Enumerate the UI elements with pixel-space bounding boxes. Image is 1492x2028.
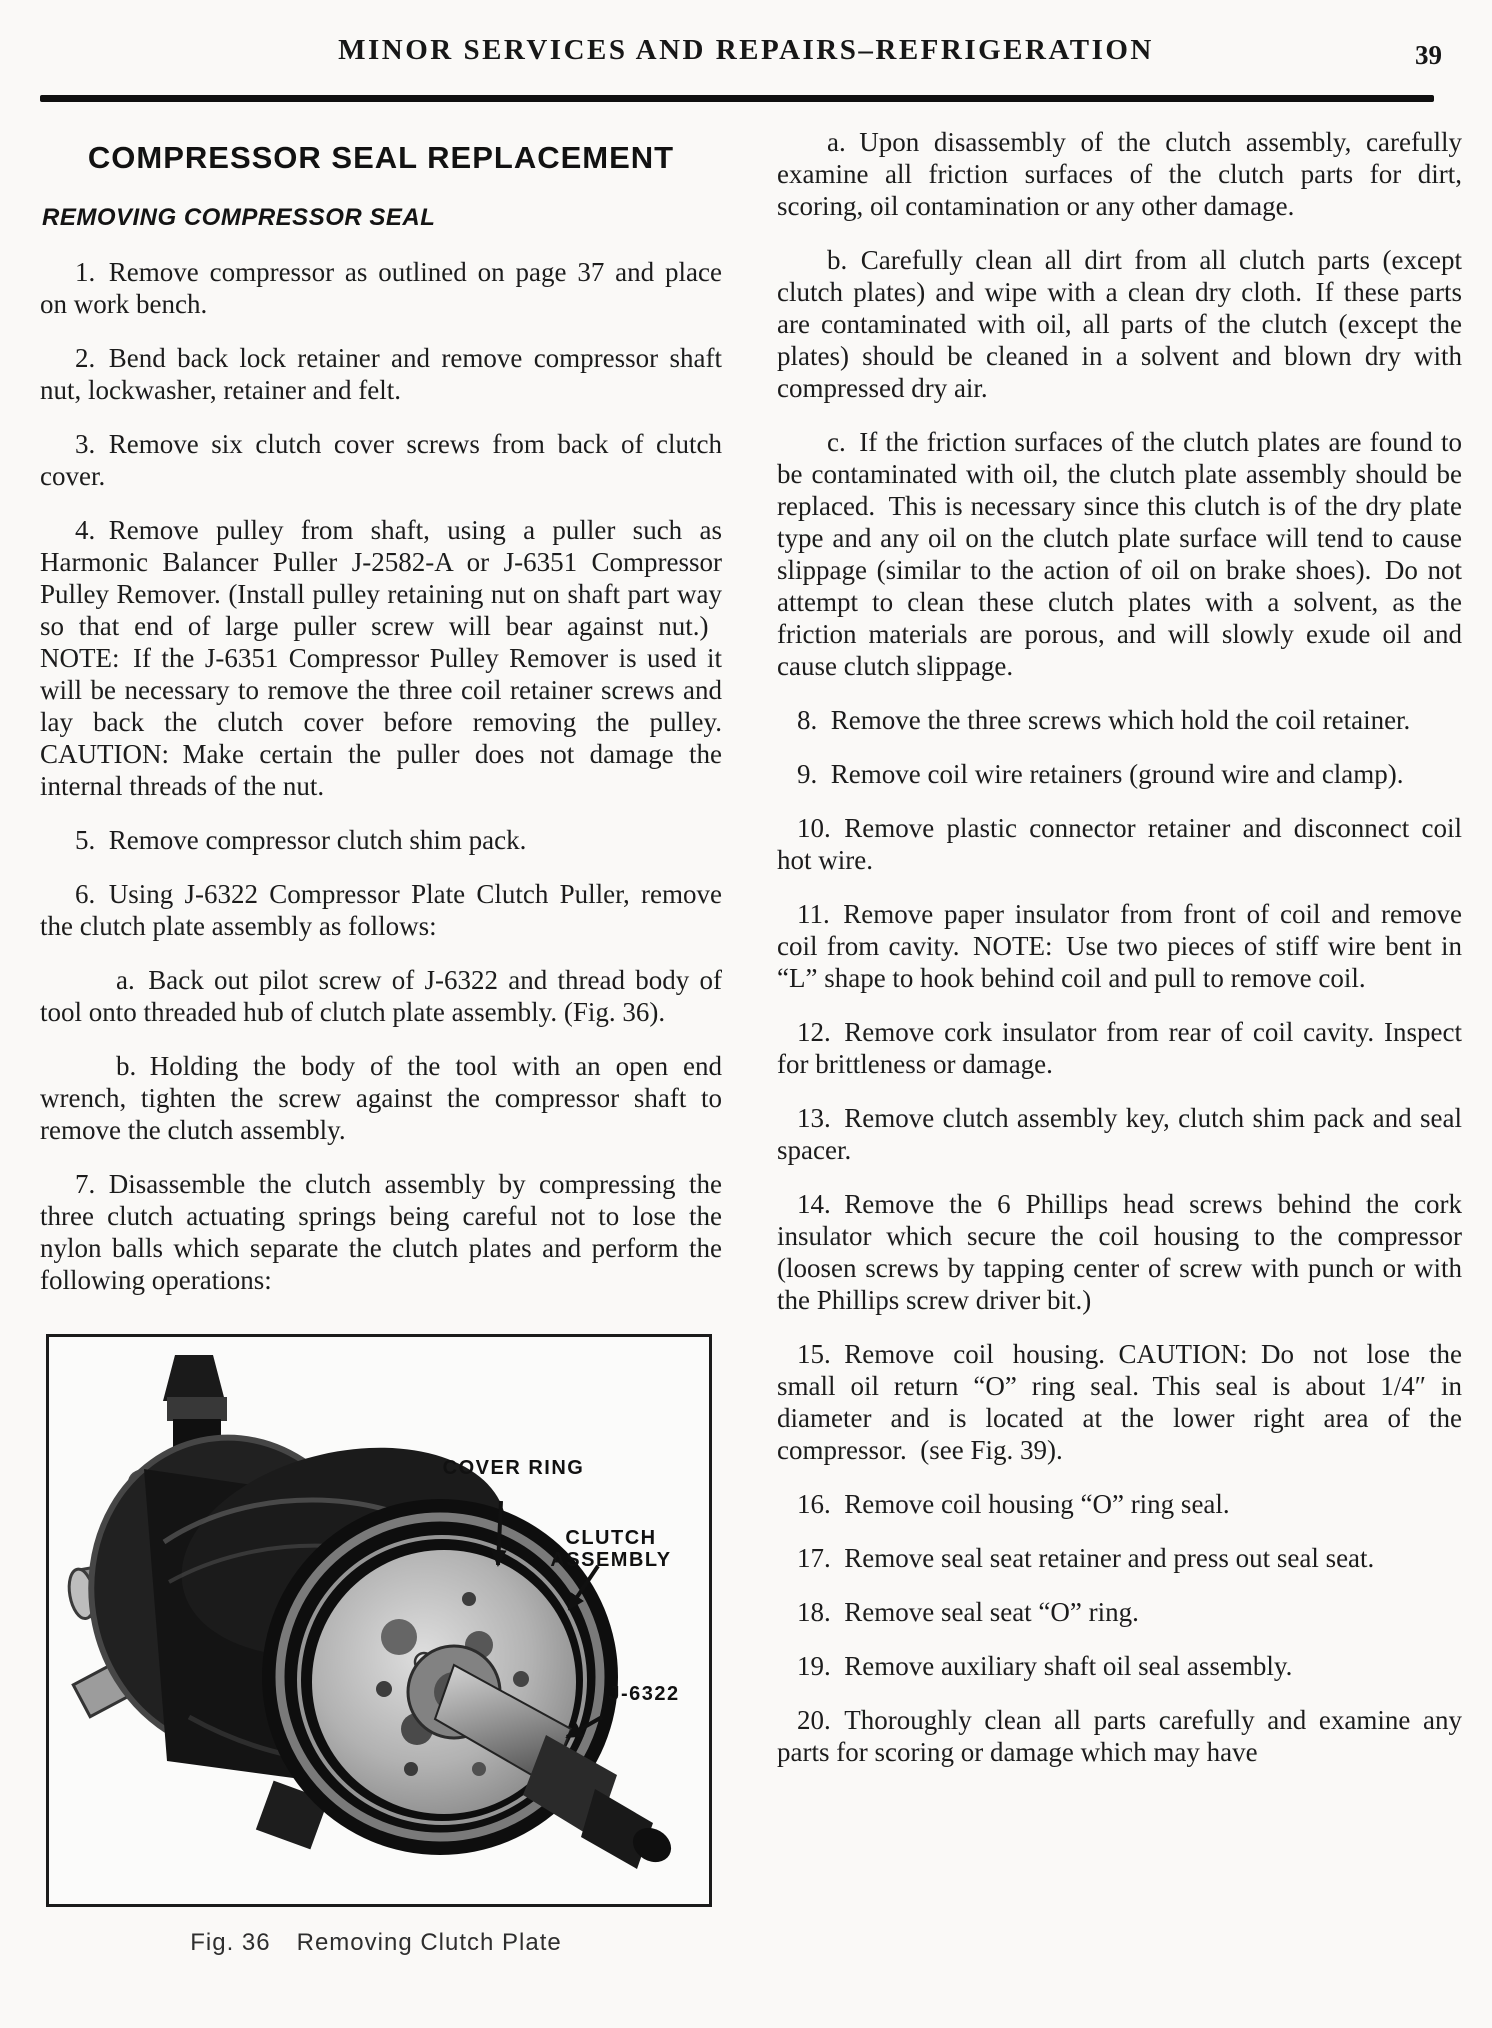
- paragraph-step-7b: b. Carefully clean all dirt from all clu…: [777, 244, 1462, 404]
- figure-label-j6322: J-6322: [592, 1683, 696, 1705]
- paragraph-step-4: 4. Remove pulley from shaft, using a pul…: [40, 514, 722, 802]
- paragraph-step-5: 5. Remove compressor clutch shim pack.: [40, 824, 722, 856]
- page-number: 39: [1398, 40, 1442, 71]
- paragraph-step-18: 18. Remove seal seat “O” ring.: [777, 1596, 1462, 1628]
- compressor-photo: [49, 1337, 709, 1904]
- section-title: COMPRESSOR SEAL REPLACEMENT: [40, 142, 722, 174]
- left-column: COMPRESSOR SEAL REPLACEMENT REMOVING COM…: [40, 128, 722, 1959]
- paragraph-step-6a: a. Back out pilot screw of J-6322 and th…: [40, 964, 722, 1028]
- header-rule: [40, 95, 1434, 102]
- paragraph-step-3: 3. Remove six clutch cover screws from b…: [40, 428, 722, 492]
- paragraph-step-14: 14. Remove the 6 Phillips head screws be…: [777, 1188, 1462, 1316]
- subsection-title: REMOVING COMPRESSOR SEAL: [42, 202, 722, 234]
- paragraph-step-7a: a. Upon disassembly of the clutch assemb…: [777, 126, 1462, 222]
- paragraph-step-15: 15. Remove coil housing. CAUTION: Do not…: [777, 1338, 1462, 1466]
- paragraph-step-13: 13. Remove clutch assembly key, clutch s…: [777, 1102, 1462, 1166]
- paragraph-step-8: 8. Remove the three screws which hold th…: [777, 704, 1462, 736]
- manual-page: MINOR SERVICES AND REPAIRS–REFRIGERATION…: [0, 0, 1492, 2028]
- paragraph-step-20: 20. Thoroughly clean all parts carefully…: [777, 1704, 1462, 1768]
- paragraph-step-6b: b. Holding the body of the tool with an …: [40, 1050, 722, 1146]
- paragraph-step-12: 12. Remove cork insulator from rear of c…: [777, 1016, 1462, 1080]
- paragraph-step-9: 9. Remove coil wire retainers (ground wi…: [777, 758, 1462, 790]
- paragraph-step-2: 2. Bend back lock retainer and remove co…: [40, 342, 722, 406]
- paragraph-step-16: 16. Remove coil housing “O” ring seal.: [777, 1488, 1462, 1520]
- page-header-title: MINOR SERVICES AND REPAIRS–REFRIGERATION: [100, 34, 1392, 67]
- paragraph-step-17: 17. Remove seal seat retainer and press …: [777, 1542, 1462, 1574]
- figure-photo-frame: COVER RING CLUTCH ASSEMBLY J-6322: [46, 1334, 712, 1907]
- paragraph-step-11: 11. Remove paper insulator from front of…: [777, 898, 1462, 994]
- paragraph-step-6: 6. Using J-6322 Compressor Plate Clutch …: [40, 878, 722, 942]
- figure-label-clutch-assembly: CLUTCH ASSEMBLY: [545, 1527, 677, 1571]
- figure-36: COVER RING CLUTCH ASSEMBLY J-6322 Fig. 3…: [46, 1334, 712, 1959]
- paragraph-step-7: 7. Disassemble the clutch assembly by co…: [40, 1168, 722, 1296]
- paragraph-step-1: 1. Remove compressor as outlined on page…: [40, 256, 722, 320]
- paragraph-step-7c: c. If the friction surfaces of the clutc…: [777, 426, 1462, 682]
- figure-label-cover-ring: COVER RING: [431, 1457, 596, 1479]
- paragraph-step-19: 19. Remove auxiliary shaft oil seal asse…: [777, 1650, 1462, 1682]
- right-column: a. Upon disassembly of the clutch assemb…: [777, 126, 1462, 1768]
- figure-caption: Fig. 36 Removing Clutch Plate: [46, 1927, 706, 1959]
- paragraph-step-10: 10. Remove plastic connector retainer an…: [777, 812, 1462, 876]
